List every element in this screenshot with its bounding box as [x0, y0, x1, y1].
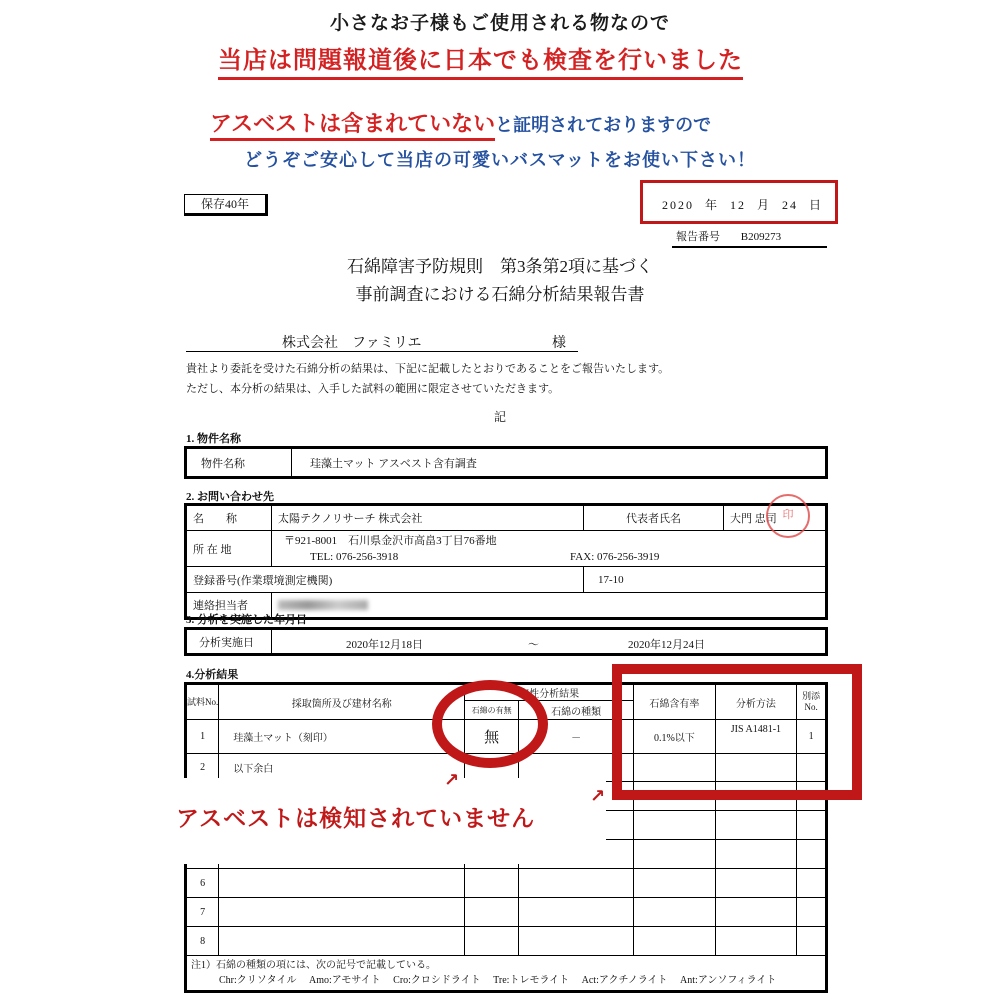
property-label: 物件名称 [186, 448, 292, 478]
section-2-heading: 2. お問い合わせ先 [186, 488, 274, 504]
note-line-2: Chr:クリソタイル Amo:アモサイト Cro:クロシドライト Tre:トレモ… [191, 973, 821, 988]
address-value: 〒921-8001 石川県金沢市高畠3丁目76番地 [284, 533, 819, 549]
company-name-label: 名 称 [186, 505, 272, 531]
asbestos-type-note: 注1）石綿の種類の項には、次の記号で記載している。 Chr:クリソタイル Amo… [186, 956, 827, 992]
tel-number: TEL: 076-256-3918 [310, 549, 398, 565]
section-1-heading: 1. 物件名称 [186, 430, 241, 446]
section-3-heading: 3. 分析を実施した年月日 [186, 611, 307, 627]
highlight-rectangle [612, 664, 862, 800]
retention-period-box: 保存40年 [184, 194, 268, 216]
recipient-line: 株式会社 ファミリエ 様 [186, 330, 578, 352]
date-highlight-box [640, 180, 838, 224]
row-location: 珪藻土マット（刻印） [219, 720, 465, 754]
note-line-1: 注1）石綿の種類の項には、次の記号で記載している。 [191, 958, 821, 973]
highlight-circle [432, 680, 548, 768]
report-number: 報告番号 B209273 [672, 228, 827, 248]
arrow-icon: ↗ [590, 786, 605, 807]
promo-line-4: どうぞご安心して当店の可愛いバスマットをお使い下さい！ [0, 146, 1000, 172]
representative-label: 代表者氏名 [583, 505, 723, 531]
header-sample-no: 試料No. [186, 684, 219, 720]
analysis-start-date: 2020年12月18日 [346, 636, 423, 652]
contact-table: 名 称 太陽テクノリサーチ 株式会社 代表者氏名 大門 忠司 所 在 地 〒92… [184, 503, 828, 620]
intro-line-2: ただし、本分析の結果は、入手した試料の範囲に限定させていただきます。 [186, 380, 559, 396]
ki-label: 記 [0, 408, 1000, 425]
blurred-contact-name [278, 600, 368, 610]
contact-person-value [272, 593, 827, 619]
property-value: 珪藻土マット アスベスト含有調査 [292, 448, 827, 478]
report-number-value: B209273 [741, 231, 781, 243]
row-sample-no: 8 [186, 927, 219, 956]
promo-line-3: アスベストは含まれていないと証明されておりますので [210, 107, 711, 138]
row-sample-no: 1 [186, 720, 219, 754]
arrow-icon: ↗ [444, 770, 459, 791]
address-cell: 〒921-8001 石川県金沢市高畠3丁目76番地 TEL: 076-256-3… [272, 531, 827, 567]
address-label: 所 在 地 [186, 531, 272, 567]
annotation-not-detected: アスベストは検知されていません [176, 800, 539, 833]
fax-number: FAX: 076-256-3919 [570, 549, 659, 565]
recipient-name: 株式会社 ファミリエ [282, 332, 421, 352]
promo-line-2: 当店は問題報道後に日本でも検査を行いました [218, 40, 743, 80]
analysis-date-table: 分析実施日 2020年12月18日 ～ 2020年12月24日 [184, 627, 828, 656]
recipient-suffix: 様 [552, 332, 566, 352]
company-name-value: 太陽テクノリサーチ 株式会社 [272, 505, 584, 531]
promo-line-3-rest: と証明されておりますので [495, 115, 711, 136]
table-row: 8 [186, 927, 827, 956]
registration-value: 17-10 [583, 567, 826, 593]
intro-line-1: 貴社より委託を受けた石綿分析の結果は、下記に記載したとおりであることをご報告いた… [186, 360, 669, 376]
date-range-separator: ～ [528, 636, 539, 652]
document-title-line-1: 石綿障害予防規則 第3条第2項に基づく [0, 252, 1000, 277]
promo-line-1: 小さなお子様もご使用される物なので [0, 8, 1000, 35]
row-sample-no: 6 [186, 869, 219, 898]
analysis-date-label: 分析実施日 [186, 629, 272, 655]
promo-line-3-highlight: アスベストは含まれていない [210, 112, 495, 141]
analysis-date-range: 2020年12月18日 ～ 2020年12月24日 [272, 629, 827, 655]
section-4-heading: 4.分析結果 [186, 666, 238, 682]
company-seal-stamp: 印 [766, 494, 810, 538]
analysis-end-date: 2020年12月24日 [628, 636, 705, 652]
table-row: 7 [186, 898, 827, 927]
report-number-label: 報告番号 [676, 231, 720, 243]
header-location: 採取箇所及び建材名称 [219, 684, 465, 720]
table-row: 6 [186, 869, 827, 898]
property-table: 物件名称 珪藻土マット アスベスト含有調査 [184, 446, 828, 479]
document-title-line-2: 事前調査における石綿分析結果報告書 [0, 280, 1000, 305]
registration-label: 登録番号(作業環境測定機関) [186, 567, 584, 593]
row-sample-no: 7 [186, 898, 219, 927]
